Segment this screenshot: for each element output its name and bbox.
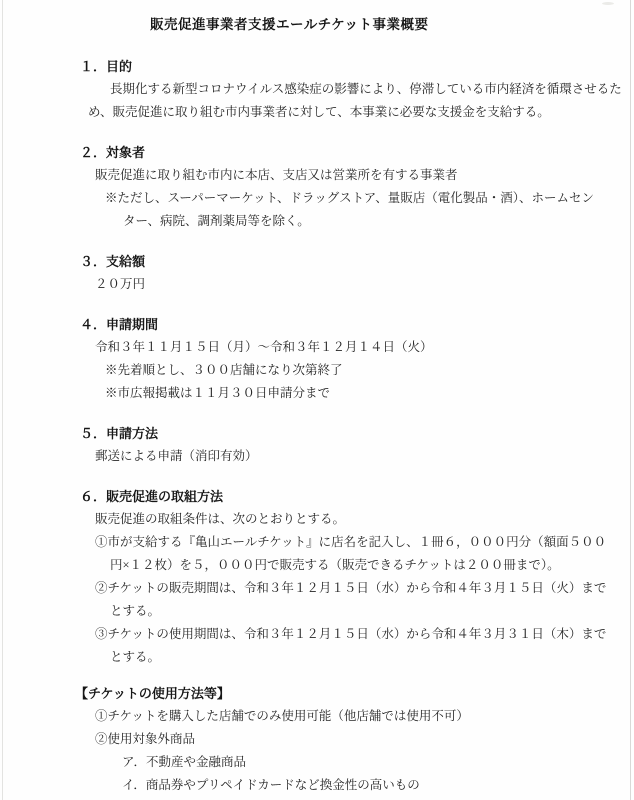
section-title: 申請期間 (106, 317, 158, 332)
text-line: ※ただし、スーパーマーケット、ドラッグストア、量販店（電化製品・酒）、ホームセン (105, 187, 634, 210)
text-line: ②チケットの販売期間は、令和３年１２月１５日（水）から令和４年３月１５日（火）ま… (95, 577, 634, 600)
section-heading: ２．対象者 (80, 141, 634, 164)
section-heading: ４．申請期間 (80, 313, 634, 336)
document-section: ５．申請方法郵送による申請（消印有効） (0, 422, 634, 468)
document-section: ３．支給額２０万円 (0, 250, 634, 296)
document-section: ２．対象者販売促進に取り組む市内に本店、支店又は営業所を有する事業者※ただし、ス… (0, 141, 634, 233)
section-heading: ３．支給額 (80, 250, 634, 273)
section-title: 対象者 (106, 145, 145, 160)
section-number: ４． (80, 317, 106, 332)
text-line: ②使用対象外商品 (95, 728, 634, 751)
section-title: 申請方法 (106, 426, 158, 441)
text-line: ※先着順とし、３００店舗になり次第終了 (105, 359, 634, 382)
scan-artifact (602, 2, 614, 5)
text-line: とする。 (110, 600, 634, 623)
section-title: 販売促進の取組方法 (106, 489, 223, 504)
document-section: １．目的長期化する新型コロナウイルス感染症の影響により、停滞している市内経済を循… (0, 55, 634, 124)
usage-block-heading: 【チケットの使用方法等】 (75, 682, 634, 705)
section-list: １．目的長期化する新型コロナウイルス感染症の影響により、停滞している市内経済を循… (0, 55, 634, 669)
document-section: ４．申請期間令和３年１１月１５日（月）～令和３年１２月１４日（火）※先着順とし、… (0, 313, 634, 405)
scan-edge-left (2, 0, 3, 800)
section-number: ３． (80, 254, 106, 269)
text-line: 販売促進の取組条件は、次のとおりとする。 (95, 508, 634, 531)
text-line: 長期化する新型コロナウイルス感染症の影響により、停滞している市内経済を循環させる… (110, 78, 634, 101)
text-line: ア．不動産や金融商品 (122, 751, 634, 774)
text-line: ①市が支給する『亀山エールチケット』に店名を記入し、１冊６，０００円分（額面５０… (95, 531, 634, 554)
page-title: 販売促進事業者支援エールチケット事業概要 (150, 0, 634, 33)
section-title: 支給額 (106, 254, 145, 269)
section-number: １． (80, 59, 106, 74)
text-line: 郵送による申請（消印有効） (95, 445, 634, 468)
text-line: ２０万円 (95, 273, 634, 296)
document-page: 販売促進事業者支援エールチケット事業概要 １．目的長期化する新型コロナウイルス感… (0, 0, 634, 800)
scan-edge-right (630, 0, 631, 800)
text-line: 販売促進に取り組む市内に本店、支店又は営業所を有する事業者 (95, 164, 634, 187)
section-number: ５． (80, 426, 106, 441)
document-section: ６．販売促進の取組方法販売促進の取組条件は、次のとおりとする。①市が支給する『亀… (0, 485, 634, 669)
section-number: ６． (80, 489, 106, 504)
text-line: ター、病院、調剤薬局等を除く。 (123, 210, 634, 233)
text-line: イ．商品券やプリペイドカードなど換金性の高いもの (122, 774, 634, 797)
section-number: ２． (80, 145, 106, 160)
section-heading: ５．申請方法 (80, 422, 634, 445)
text-line: ①チケットを購入した店舗でのみ使用可能（他店舗では使用不可） (95, 705, 634, 728)
text-line: め、販売促進に取り組む市内事業者に対して、本事業に必要な支援金を支給する。 (88, 101, 634, 124)
text-line: ③チケットの使用期間は、令和３年１２月１５日（水）から令和４年３月３１日（木）ま… (95, 623, 634, 646)
section-title: 目的 (106, 59, 132, 74)
text-line: 令和３年１１月１５日（月）～令和３年１２月１４日（火） (95, 336, 634, 359)
usage-block-lines: ①チケットを購入した店舗でのみ使用可能（他店舗では使用不可）②使用対象外商品ア．… (0, 705, 634, 797)
section-heading: １．目的 (80, 55, 634, 78)
text-line: とする。 (110, 646, 634, 669)
section-heading: ６．販売促進の取組方法 (80, 485, 634, 508)
text-line: 円×１２枚）を５，０００円で販売する（販売できるチケットは２００冊まで）。 (110, 554, 634, 577)
usage-block: 【チケットの使用方法等】 ①チケットを購入した店舗でのみ使用可能（他店舗では使用… (0, 682, 634, 797)
text-line: ※市広報掲載は１１月３０日申請分まで (105, 382, 634, 405)
